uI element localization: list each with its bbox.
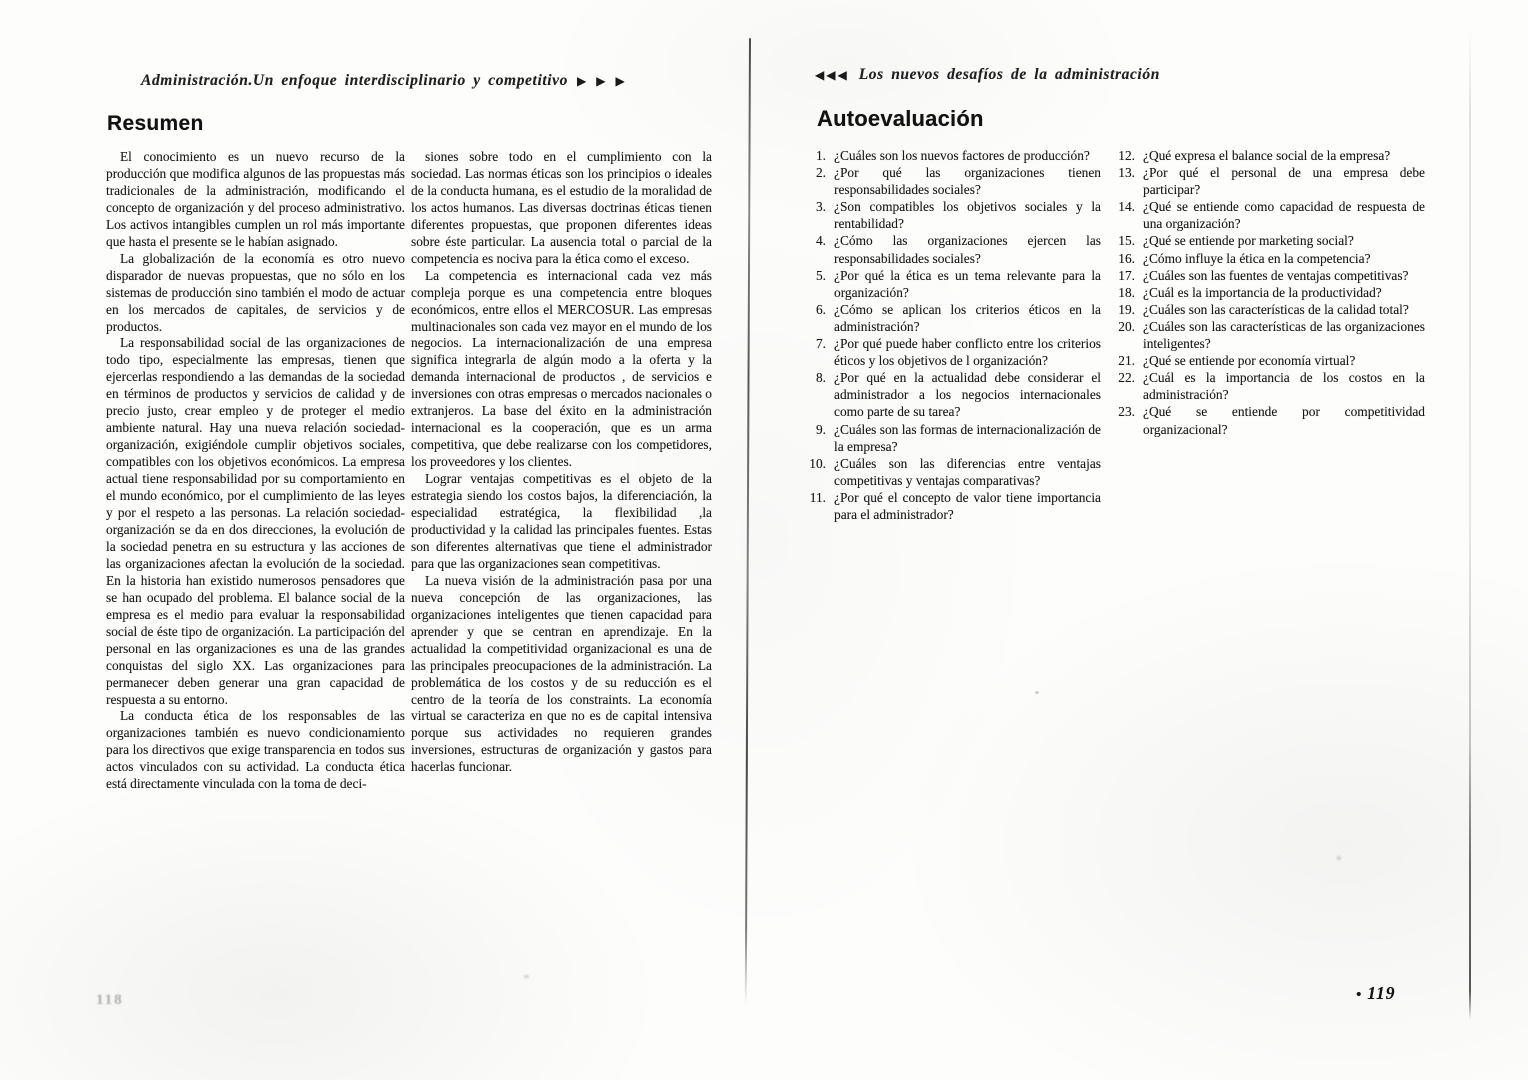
question-number: 7. [801, 335, 834, 369]
question-item: 8. ¿Por qué en la actualidad debe consid… [801, 369, 1101, 420]
left-page-column-1: El conocimiento es un nuevo recurso de l… [106, 149, 405, 793]
question-number: 14. [1110, 198, 1143, 232]
question-text: ¿Por qué el personal de una empresa debe… [1143, 164, 1425, 198]
question-text: ¿Qué expresa el balance social de la emp… [1143, 147, 1425, 164]
page-number-bullet: • [1356, 987, 1362, 1003]
question-number: 19. [1110, 301, 1143, 318]
question-number: 13. [1110, 164, 1143, 198]
question-text: ¿Qué se entiende por marketing social? [1143, 232, 1425, 249]
page-number: •119 [1356, 983, 1396, 1004]
question-item: 6. ¿Cómo se aplican los criterios éticos… [801, 301, 1101, 335]
paragraph: La competencia es internacional cada vez… [411, 268, 712, 471]
question-number: 2. [801, 164, 834, 198]
question-number: 10. [801, 455, 834, 489]
question-number: 5. [801, 267, 834, 301]
question-item: 11. ¿Por qué el concepto de valor tiene … [801, 489, 1101, 523]
question-number: 18. [1110, 284, 1143, 301]
question-item: 12. ¿Qué expresa el balance social de la… [1110, 147, 1425, 164]
question-item: 19. ¿Cuáles son las características de l… [1110, 301, 1425, 318]
question-number: 17. [1110, 267, 1143, 284]
left-page-column-2: siones sobre todo en el cumplimiento con… [411, 149, 712, 776]
question-item: 15. ¿Qué se entiende por marketing socia… [1110, 232, 1425, 249]
right-section-title: Autoevaluación [817, 106, 984, 132]
paragraph: La conducta ética de los responsables de… [106, 708, 405, 793]
question-number: 12. [1110, 147, 1143, 164]
right-running-head-title: Los nuevos desafíos de la administración [859, 66, 1160, 83]
question-text: ¿Por qué en la actualidad debe considera… [834, 369, 1101, 420]
paragraph: La responsabilidad social de las organiz… [106, 335, 405, 708]
question-text: ¿Por qué el concepto de valor tiene impo… [834, 489, 1101, 523]
question-item: 7. ¿Por qué puede haber conflicto entre … [801, 335, 1101, 369]
question-text: ¿Cuáles son las formas de internacionali… [834, 421, 1101, 455]
question-text: ¿Cuál es la importancia de los costos en… [1143, 369, 1425, 403]
question-number: 22. [1110, 369, 1143, 403]
question-text: ¿Qué se entiende por economía virtual? [1143, 352, 1425, 369]
question-item: 14. ¿Qué se entiende como capacidad de r… [1110, 198, 1425, 232]
question-number: 20. [1110, 318, 1143, 352]
question-text: ¿Por qué las organizaciones tienen respo… [834, 164, 1101, 198]
question-text: ¿Cómo influye la ética en la competencia… [1143, 250, 1425, 267]
question-text: ¿Por qué la ética es un tema relevante p… [834, 267, 1101, 301]
question-item: 2. ¿Por qué las organizaciones tienen re… [801, 164, 1101, 198]
page-number-value: 119 [1367, 983, 1395, 1003]
question-item: 22. ¿Cuál es la importancia de los costo… [1110, 369, 1425, 403]
left-running-head-title: Administración.Un enfoque interdisciplin… [141, 72, 568, 89]
question-text: ¿Por qué puede haber conflicto entre los… [834, 335, 1101, 369]
page-number-faded: 118 [96, 992, 124, 1009]
question-text: ¿Cuál es la importancia de la productivi… [1143, 284, 1425, 301]
question-number: 16. [1110, 250, 1143, 267]
question-item: 23. ¿Qué se entiende por competitividad … [1110, 403, 1425, 437]
page-edge-line [1469, 32, 1471, 1020]
book-spread: Administración.Un enfoque interdisciplin… [0, 0, 1528, 1080]
question-item: 17. ¿Cuáles son las fuentes de ventajas … [1110, 267, 1425, 284]
left-section-title: Resumen [107, 112, 204, 136]
question-item: 10. ¿Cuáles son las diferencias entre ve… [801, 455, 1101, 489]
question-number: 4. [801, 232, 834, 266]
scan-speck [524, 975, 529, 978]
question-number: 3. [801, 198, 834, 232]
paragraph: Lograr ventajas competitivas es el objet… [411, 471, 712, 573]
questions-column-1: 1. ¿Cuáles son los nuevos factores de pr… [801, 147, 1101, 523]
question-item: 5. ¿Por qué la ética es un tema relevant… [801, 267, 1101, 301]
question-text: ¿Cuáles son las características de las o… [1143, 318, 1425, 352]
paragraph: La globalización de la economía es otro … [106, 251, 405, 336]
page-gutter-line [745, 38, 752, 1005]
question-text: ¿Cómo se aplican los criterios éticos en… [834, 301, 1101, 335]
question-item: 16. ¿Cómo influye la ética en la compete… [1110, 250, 1425, 267]
question-item: 18. ¿Cuál es la importancia de la produc… [1110, 284, 1425, 301]
scan-speck [1337, 856, 1341, 860]
question-text: ¿Cómo las organizaciones ejercen las res… [834, 232, 1101, 266]
left-running-head: Administración.Un enfoque interdisciplin… [141, 72, 627, 90]
question-text: ¿Cuáles son los nuevos factores de produ… [834, 147, 1101, 164]
question-item: 3. ¿Son compatibles los objetivos social… [801, 198, 1101, 232]
question-text: ¿Son compatibles los objetivos sociales … [834, 198, 1101, 232]
question-text: ¿Qué se entiende por competitividad orga… [1143, 403, 1425, 437]
question-text: ¿Qué se entiende como capacidad de respu… [1143, 198, 1425, 232]
forward-arrows-icon: ▶ ▶ ▶ [577, 74, 627, 88]
question-number: 6. [801, 301, 834, 335]
question-number: 8. [801, 369, 834, 420]
question-number: 23. [1110, 403, 1143, 437]
questions-column-2: 12. ¿Qué expresa el balance social de la… [1110, 147, 1425, 438]
paragraph: El conocimiento es un nuevo recurso de l… [106, 149, 405, 251]
scan-speck [1035, 691, 1039, 694]
question-number: 1. [801, 147, 834, 164]
question-text: ¿Cuáles son las fuentes de ventajas comp… [1143, 267, 1425, 284]
right-running-head: ◀◀◀Los nuevos desafíos de la administrac… [815, 66, 1160, 84]
question-text: ¿Cuáles son las características de la ca… [1143, 301, 1425, 318]
question-item: 21. ¿Qué se entiende por economía virtua… [1110, 352, 1425, 369]
question-number: 15. [1110, 232, 1143, 249]
question-text: ¿Cuáles son las diferencias entre ventaj… [834, 455, 1101, 489]
question-number: 9. [801, 421, 834, 455]
paragraph: siones sobre todo en el cumplimiento con… [411, 149, 712, 268]
question-item: 4. ¿Cómo las organizaciones ejercen las … [801, 232, 1101, 266]
question-item: 13. ¿Por qué el personal de una empresa … [1110, 164, 1425, 198]
question-number: 21. [1110, 352, 1143, 369]
question-item: 20. ¿Cuáles son las características de l… [1110, 318, 1425, 352]
paragraph: La nueva visión de la administración pas… [411, 573, 712, 776]
question-number: 11. [801, 489, 834, 523]
question-item: 1. ¿Cuáles son los nuevos factores de pr… [801, 147, 1101, 164]
question-item: 9. ¿Cuáles son las formas de internacion… [801, 421, 1101, 455]
back-arrows-icon: ◀◀◀ [815, 68, 849, 82]
